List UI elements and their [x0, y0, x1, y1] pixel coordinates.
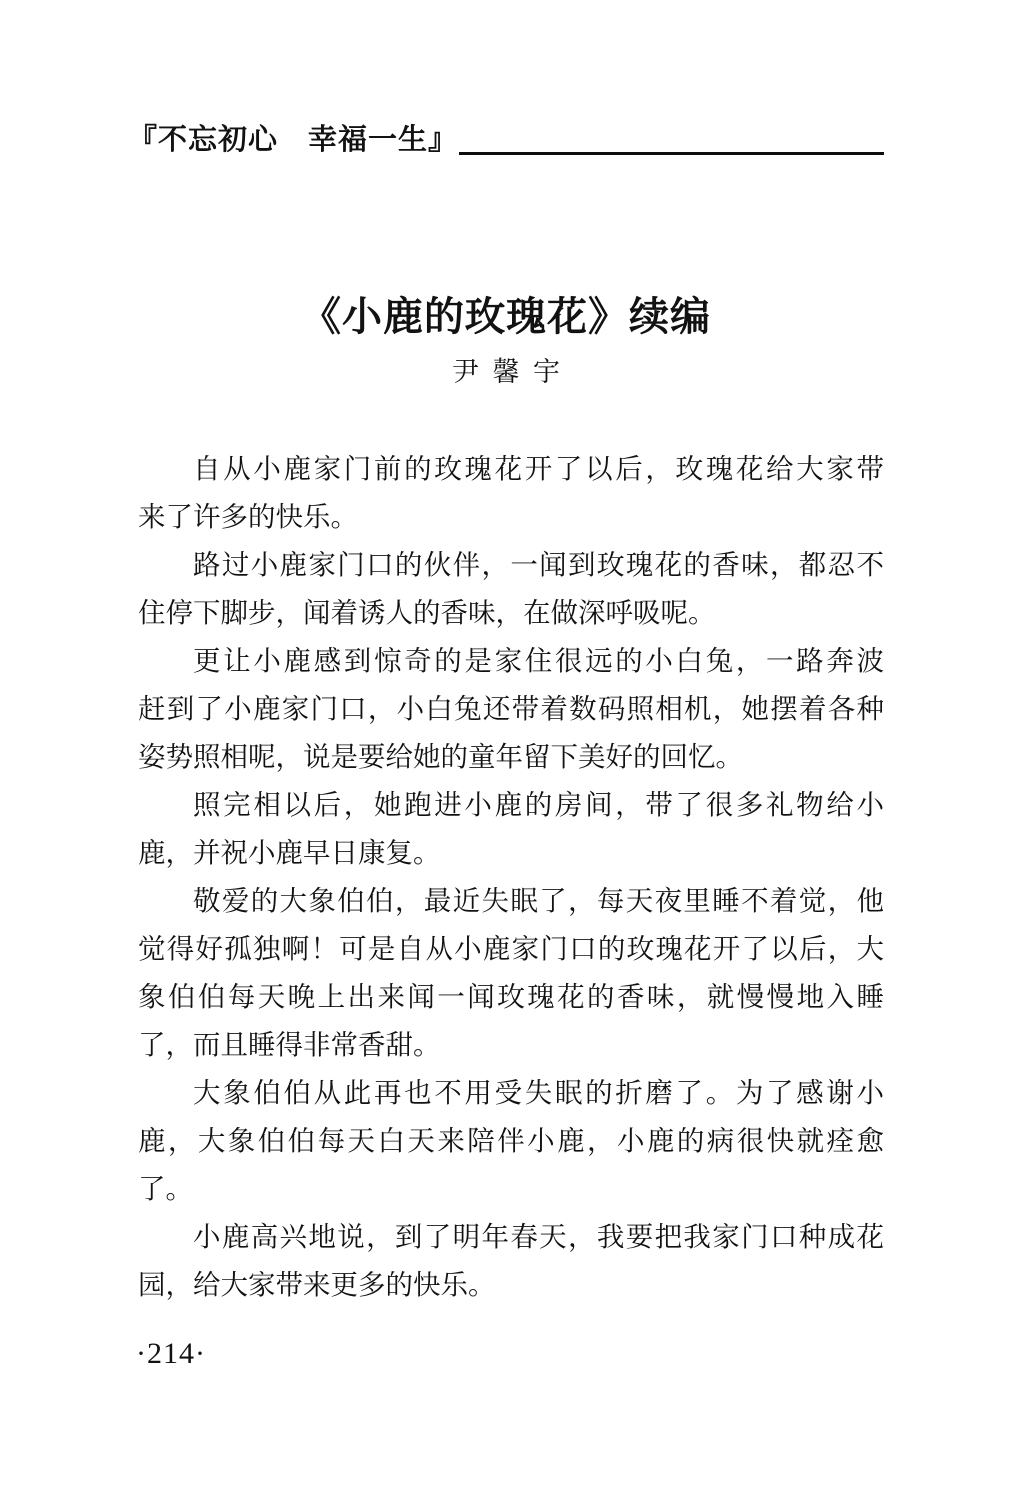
page-number: ·214· [136, 1335, 206, 1373]
text-line: 园，给大家带来更多的快乐。 [138, 1261, 884, 1309]
text-line: 小鹿高兴地说，到了明年春天，我要把我家门口种成花 [138, 1213, 884, 1261]
book-page: 『不忘初心 幸福一生』 《小鹿的玫瑰花》续编 尹馨宇 自从小鹿家门前的玫瑰花开了… [0, 0, 1024, 1497]
text-line: 姿势照相呢，说是要给她的童年留下美好的回忆。 [138, 733, 884, 781]
text-line: 敬爱的大象伯伯，最近失眠了，每天夜里睡不着觉，他 [138, 877, 884, 925]
paragraph: 照完相以后，她跑进小鹿的房间，带了很多礼物给小鹿，并祝小鹿早日康复。 [138, 781, 884, 877]
paragraph: 小鹿高兴地说，到了明年春天，我要把我家门口种成花园，给大家带来更多的快乐。 [138, 1213, 884, 1309]
paragraph: 路过小鹿家门口的伙伴，一闻到玫瑰花的香味，都忍不住停下脚步，闻着诱人的香味，在做… [138, 541, 884, 637]
article-title: 《小鹿的玫瑰花》续编 [128, 290, 884, 344]
header-rule [459, 152, 884, 155]
paragraph: 大象伯伯从此再也不用受失眠的折磨了。为了感谢小鹿，大象伯伯每天白天来陪伴小鹿，小… [138, 1069, 884, 1213]
running-header: 『不忘初心 幸福一生』 [128, 123, 884, 157]
article-author: 尹馨宇 [128, 355, 884, 389]
text-line: 更让小鹿感到惊奇的是家住很远的小白兔，一路奔波 [138, 637, 884, 685]
text-line: 照完相以后，她跑进小鹿的房间，带了很多礼物给小 [138, 781, 884, 829]
paragraph: 自从小鹿家门前的玫瑰花开了以后，玫瑰花给大家带来了许多的快乐。 [138, 445, 884, 541]
text-line: 觉得好孤独啊！可是自从小鹿家门口的玫瑰花开了以后，大 [138, 925, 884, 973]
text-line: 路过小鹿家门口的伙伴，一闻到玫瑰花的香味，都忍不 [138, 541, 884, 589]
text-line: 大象伯伯从此再也不用受失眠的折磨了。为了感谢小 [138, 1069, 884, 1117]
running-header-title: 『不忘初心 幸福一生』 [128, 123, 458, 157]
text-line: 自从小鹿家门前的玫瑰花开了以后，玫瑰花给大家带 [138, 445, 884, 493]
text-line: 鹿，大象伯伯每天白天来陪伴小鹿，小鹿的病很快就痊愈 [138, 1117, 884, 1165]
paragraph: 敬爱的大象伯伯，最近失眠了，每天夜里睡不着觉，他觉得好孤独啊！可是自从小鹿家门口… [138, 877, 884, 1069]
text-line: 住停下脚步，闻着诱人的香味，在做深呼吸呢。 [138, 589, 884, 637]
text-line: 来了许多的快乐。 [138, 493, 884, 541]
text-line: 象伯伯每天晚上出来闻一闻玫瑰花的香味，就慢慢地入睡 [138, 973, 884, 1021]
article-body: 自从小鹿家门前的玫瑰花开了以后，玫瑰花给大家带来了许多的快乐。路过小鹿家门口的伙… [138, 445, 884, 1309]
text-line: 了。 [138, 1165, 884, 1213]
text-line: 鹿，并祝小鹿早日康复。 [138, 829, 884, 877]
text-line: 赶到了小鹿家门口，小白兔还带着数码照相机，她摆着各种 [138, 685, 884, 733]
text-line: 了，而且睡得非常香甜。 [138, 1021, 884, 1069]
paragraph: 更让小鹿感到惊奇的是家住很远的小白兔，一路奔波赶到了小鹿家门口，小白兔还带着数码… [138, 637, 884, 781]
